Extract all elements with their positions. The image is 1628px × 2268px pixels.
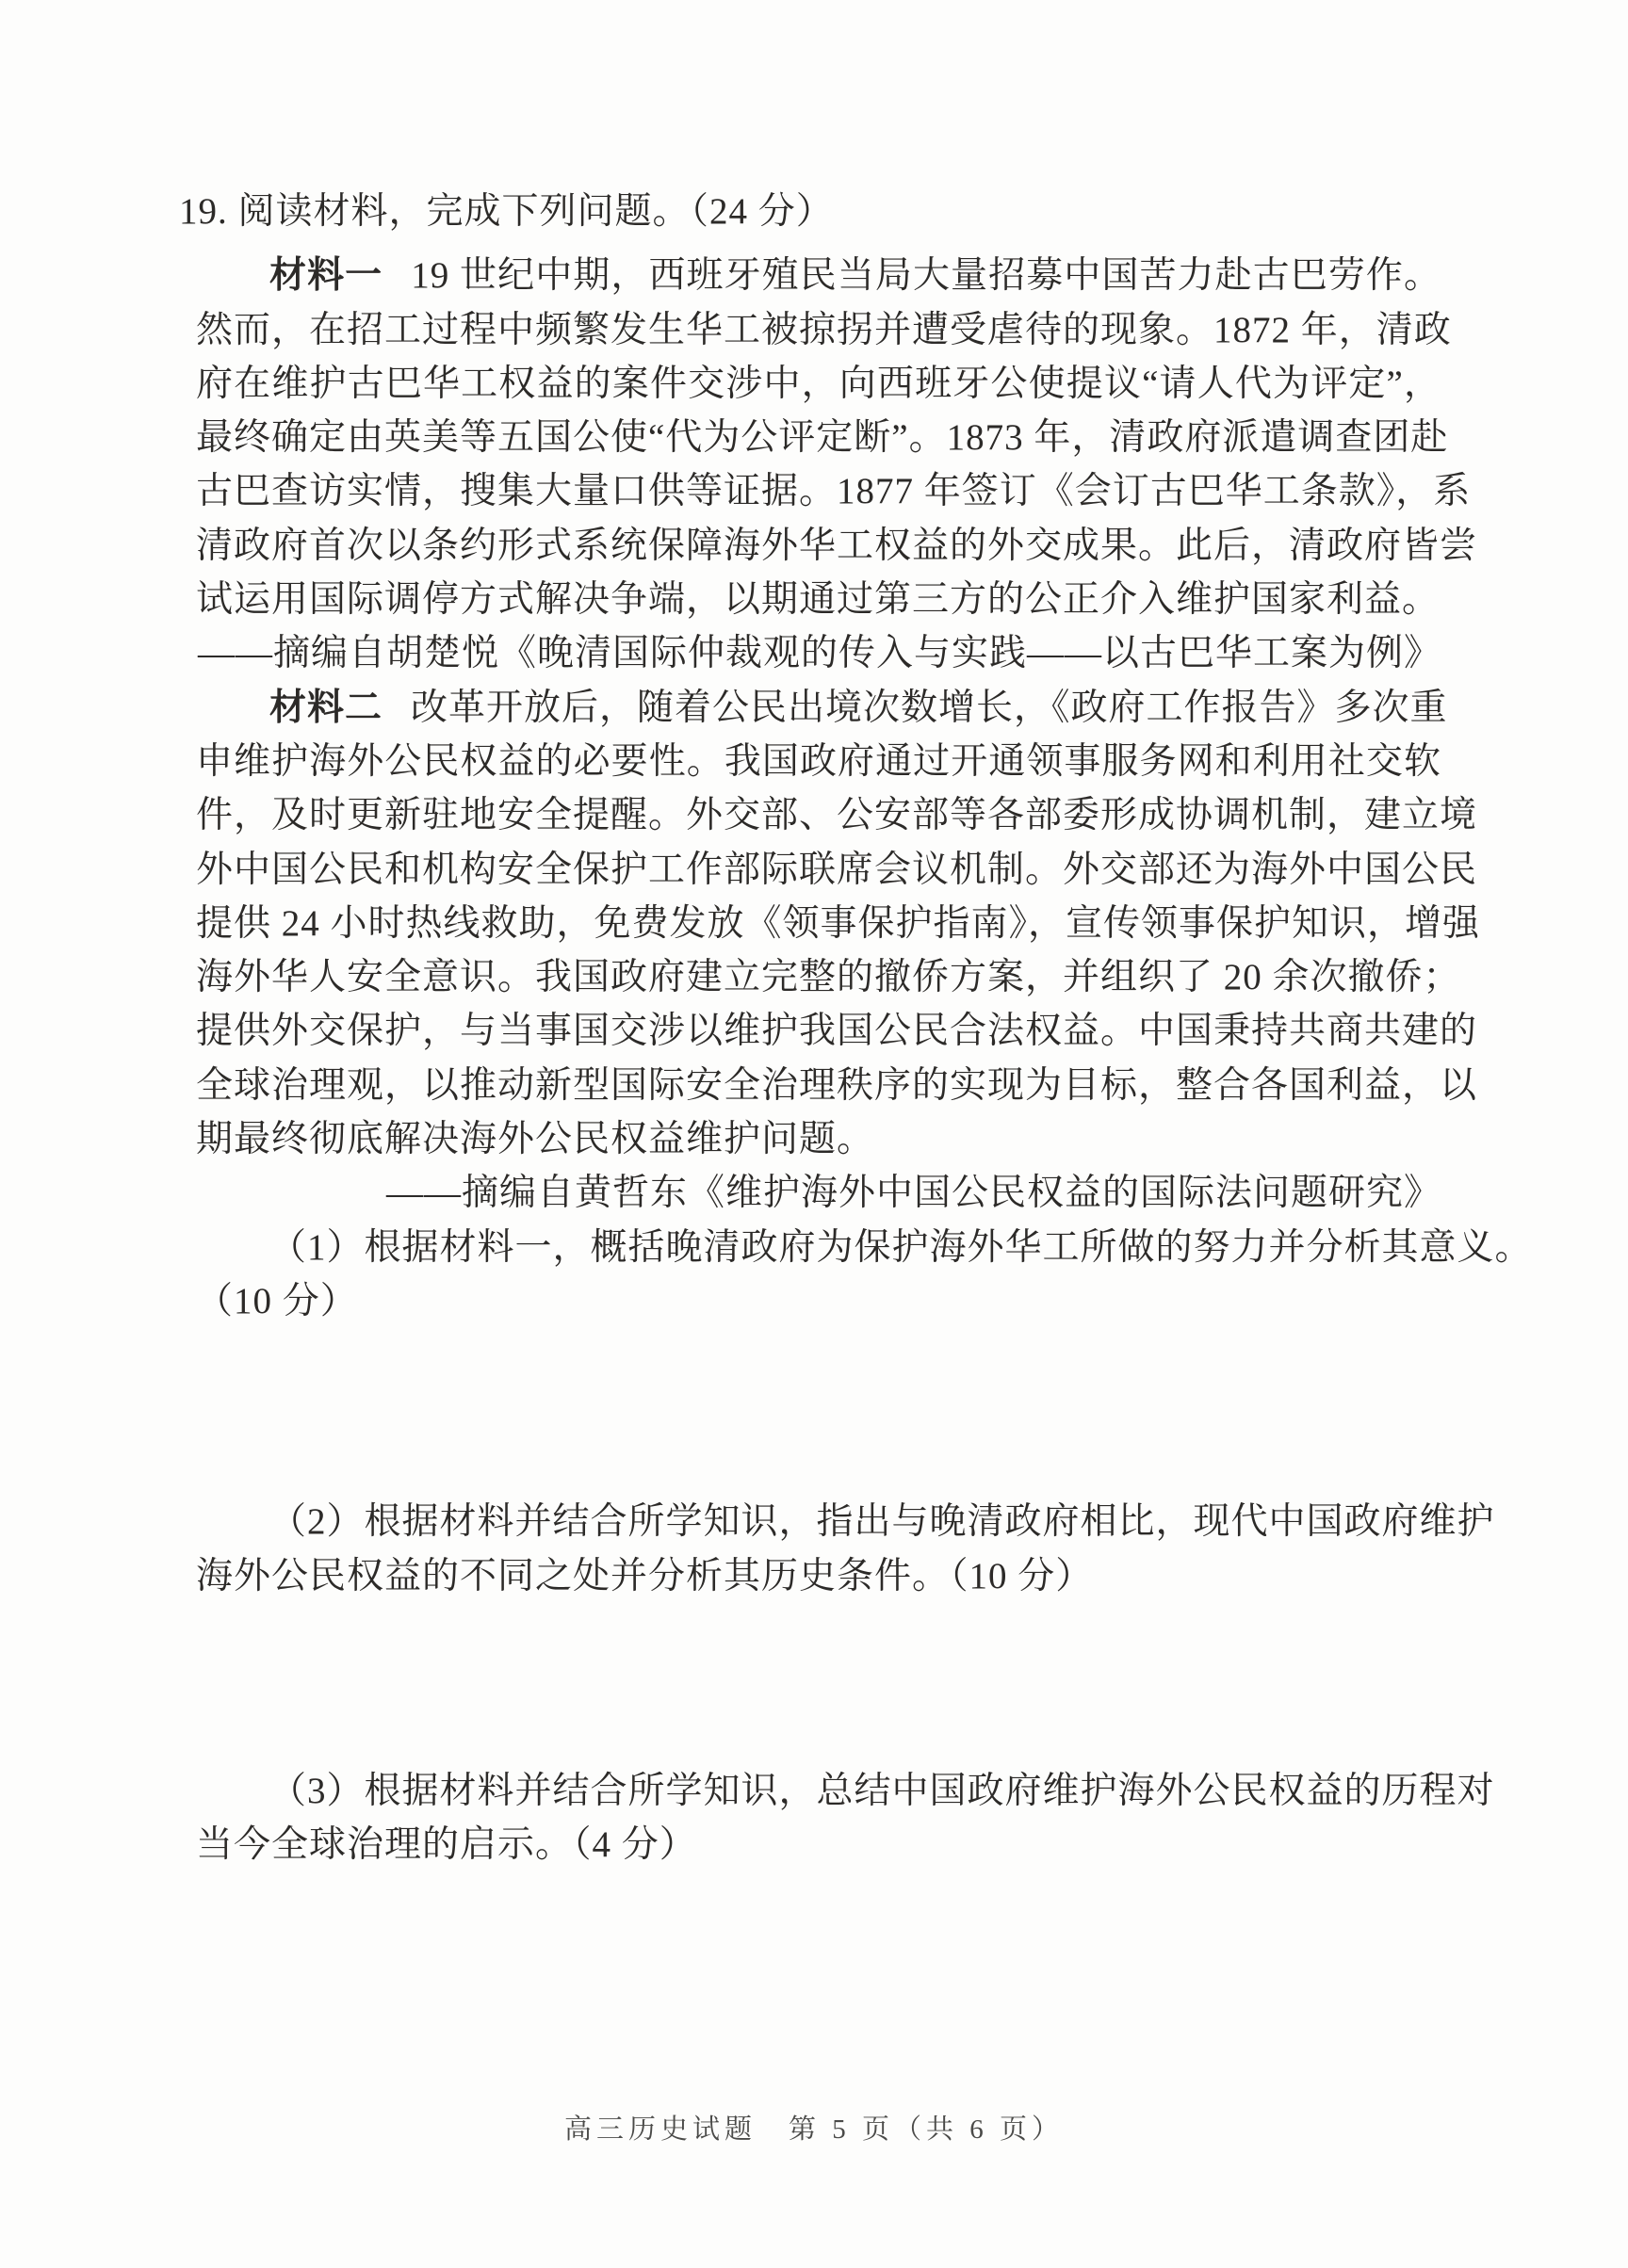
material-2-line: 提供外交保护，与当事国交涉以维护我国公民合法权益。中国秉持共商共建的 [196,1004,1441,1058]
material-2-attribution: ——摘编自黄哲东《维护海外中国公民权益的国际法问题研究》 [196,1166,1441,1220]
material-2-line: 件，及时更新驻地安全提醒。外交部、公安部等各部委形成协调机制，建立境 [196,788,1441,842]
sub-question-2-line: （2）根据材料并结合所学知识，指出与晚清政府相比，现代中国政府维护 [196,1495,1441,1548]
material-1-line: 古巴查访实情，搜集大量口供等证据。1877 年签订《会订古巴华工条款》，系 [196,464,1441,518]
material-1-label: 材料一 [269,255,383,296]
material-2-line: 提供 24 小时热线救助，免费发放《领事保护指南》，宣传领事保护知识，增强 [196,897,1441,950]
sub-question-1-line: （10 分） [196,1274,1441,1328]
material-2-opening: 改革开放后，随着公民出境次数增长，《政府工作报告》多次重 [411,688,1448,728]
sub-question-3-line: （3）根据材料并结合所学知识，总结中国政府维护海外公民权益的历程对 [196,1764,1441,1818]
material-2-line: 全球治理观，以推动新型国际安全治理秩序的实现为目标，整合各国利益，以 [196,1059,1441,1112]
question-19-block: 19. 阅读材料，完成下列问题。（24 分） 材料一19 世纪中期，西班牙殖民当… [196,185,1441,1871]
sub-question-3: （3）根据材料并结合所学知识，总结中国政府维护海外公民权益的历程对 当今全球治理… [196,1764,1441,1872]
sub-question-3-line: 当今全球治理的启示。（4 分） [196,1818,1441,1871]
sub-question-2: （2）根据材料并结合所学知识，指出与晚清政府相比，现代中国政府维护 海外公民权益… [196,1495,1441,1603]
sub-question-1-line: （1）根据材料一，概括晚清政府为保护海外华工所做的努力并分析其意义。 [196,1221,1441,1274]
material-1-line: 试运用国际调停方式解决争端，以期通过第三方的公正介入维护国家利益。 [196,573,1441,626]
material-1-opening: 19 世纪中期，西班牙殖民当局大量招募中国苦力赴古巴劳作。 [411,255,1441,296]
question-stem: 19. 阅读材料，完成下列问题。（24 分） [179,185,1441,238]
sub-question-1: （1）根据材料一，概括晚清政府为保护海外华工所做的努力并分析其意义。 （10 分… [196,1221,1441,1329]
page-footer: 高三历史试题 第 5 页（共 6 页） [0,2108,1628,2146]
material-1-attribution: ——摘编自胡楚悦《晚清国际仲裁观的传入与实践——以古巴华工案为例》 [196,626,1441,680]
material-1-line: 府在维护古巴华工权益的案件交涉中，向西班牙公使提议“请人代为评定”， [196,357,1441,411]
material-2-line: 申维护海外公民权益的必要性。我国政府通过开通领事服务网和利用社交软 [196,735,1441,788]
material-2-label: 材料二 [269,688,383,728]
exam-page: 19. 阅读材料，完成下列问题。（24 分） 材料一19 世纪中期，西班牙殖民当… [0,0,1628,2268]
material-2-line: 外中国公民和机构安全保护工作部际联席会议机制。外交部还为海外中国公民 [196,843,1441,897]
material-1-line: 最终确定由英美等五国公使“代为公评定断”。1873 年，清政府派遣调查团赴 [196,411,1441,464]
material-1-line: 然而，在招工过程中频繁发生华工被掠拐并遭受虐待的现象。1872 年，清政 [196,303,1441,357]
material-2-first-line: 材料二改革开放后，随着公民出境次数增长，《政府工作报告》多次重 [196,681,1441,735]
material-2-line: 海外华人安全意识。我国政府建立完整的撤侨方案，并组织了 20 余次撤侨； [196,950,1441,1004]
sub-question-2-line: 海外公民权益的不同之处并分析其历史条件。（10 分） [196,1549,1441,1603]
material-2-line: 期最终彻底解决海外公民权益维护问题。 [196,1112,1441,1166]
material-2-paragraph: 材料二改革开放后，随着公民出境次数增长，《政府工作报告》多次重 申维护海外公民权… [196,681,1441,1221]
material-1-first-line: 材料一19 世纪中期，西班牙殖民当局大量招募中国苦力赴古巴劳作。 [196,249,1441,302]
material-1-paragraph: 材料一19 世纪中期，西班牙殖民当局大量招募中国苦力赴古巴劳作。 然而，在招工过… [196,249,1441,680]
material-1-line: 清政府首次以条约形式系统保障海外华工权益的外交成果。此后，清政府皆尝 [196,519,1441,573]
